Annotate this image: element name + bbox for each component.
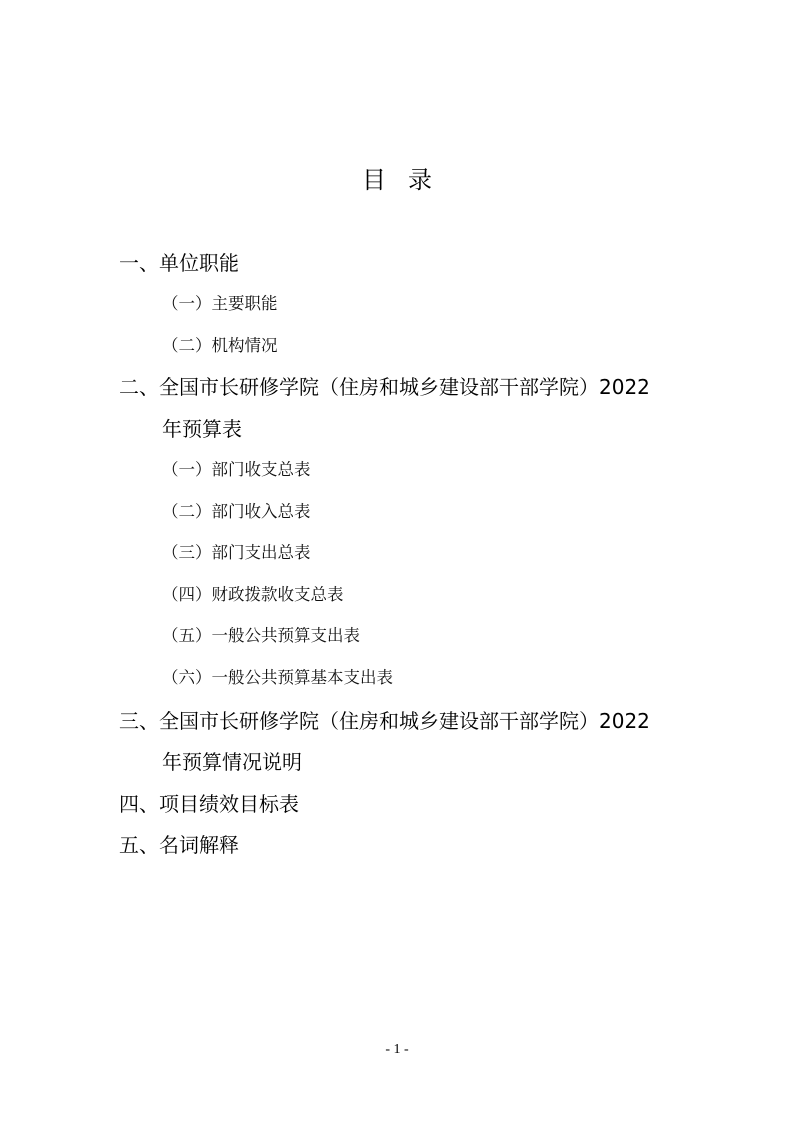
toc-item-1-1: （一）主要职能	[162, 292, 278, 316]
toc-item-3-cont: 年预算情况说明	[162, 748, 302, 776]
toc-title: 目录	[0, 164, 794, 196]
toc-item-2-2: （二）部门收入总表	[162, 500, 311, 524]
toc-item-1: 一、单位职能	[119, 249, 239, 277]
toc-item-4: 四、项目绩效目标表	[119, 790, 299, 818]
toc-item-2-3: （三）部门支出总表	[162, 541, 311, 565]
toc-item-1-2: （二）机构情况	[162, 334, 278, 358]
toc-item-5: 五、名词解释	[119, 831, 239, 859]
toc-item-2-5: （五）一般公共预算支出表	[162, 624, 360, 648]
toc-item-3: 三、全国市长研修学院（住房和城乡建设部干部学院）2022	[119, 707, 650, 735]
toc-item-2: 二、全国市长研修学院（住房和城乡建设部干部学院）2022	[119, 373, 650, 401]
toc-item-2-6: （六）一般公共预算基本支出表	[162, 666, 393, 690]
toc-item-2-cont: 年预算表	[162, 415, 242, 443]
page-number: - 1 -	[0, 1041, 794, 1059]
toc-item-2-4: （四）财政拨款收支总表	[162, 583, 344, 607]
toc-item-2-1: （一）部门收支总表	[162, 458, 311, 482]
